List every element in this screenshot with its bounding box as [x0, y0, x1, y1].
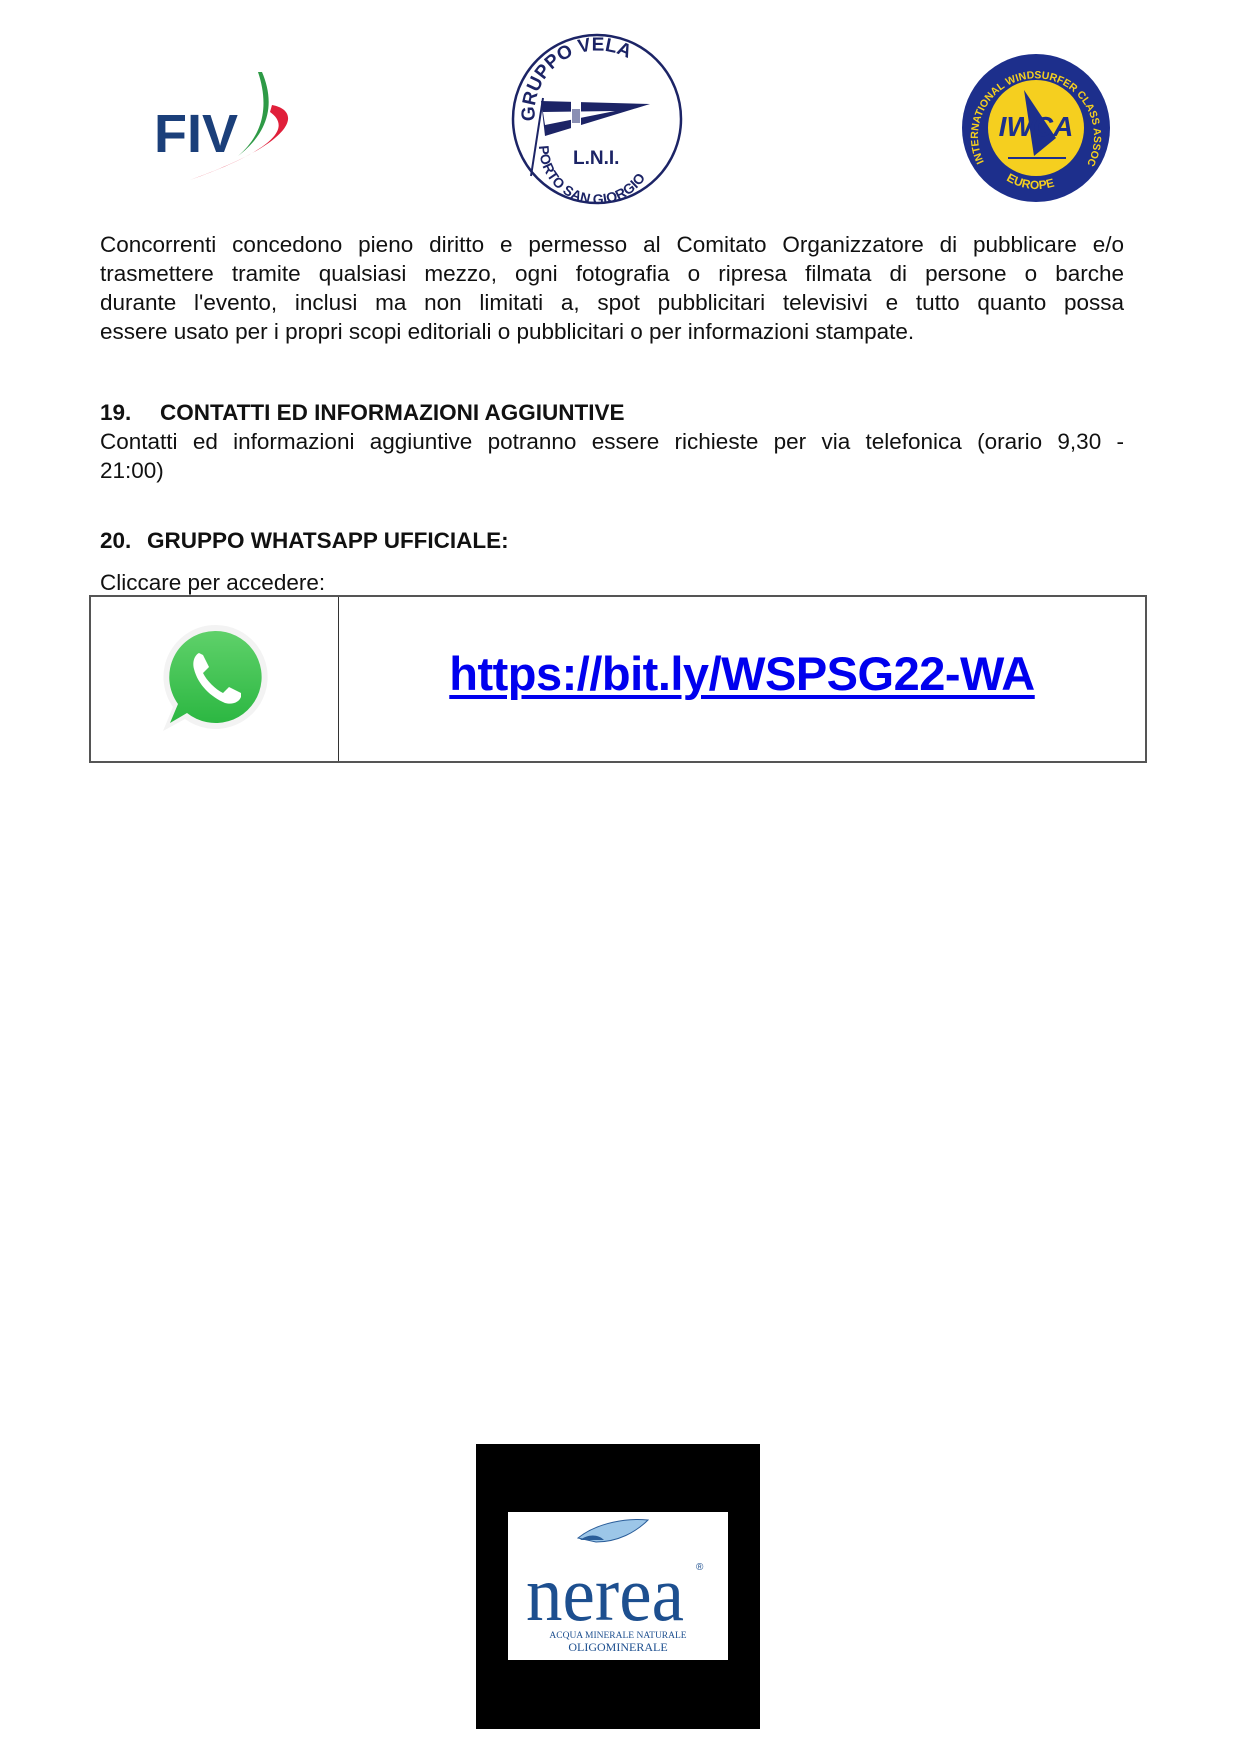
whatsapp-table: https://bit.ly/WSPSG22-WA: [89, 595, 1147, 763]
svg-text:®: ®: [696, 1562, 704, 1573]
paragraph-line: Contatti ed informazioni aggiuntive potr…: [100, 427, 1124, 456]
section-number: 20.: [100, 526, 147, 555]
svg-text:L.N.I.: L.N.I.: [573, 148, 619, 169]
contacts-paragraph: Contatti ed informazioni aggiuntive potr…: [100, 427, 1124, 485]
paragraph-line: essere usato per i propri scopi editoria…: [100, 317, 1124, 346]
paragraph-line: trasmettere tramite qualsiasi mezzo, ogn…: [100, 259, 1124, 288]
paragraph-line: 21:00): [100, 456, 1124, 485]
section-number: 19.: [100, 398, 160, 427]
whatsapp-group-link[interactable]: https://bit.ly/WSPSG22-WA: [449, 646, 1034, 701]
svg-text:IWCA: IWCA: [999, 111, 1074, 142]
svg-text:OLIGOMINERALE: OLIGOMINERALE: [568, 1640, 667, 1654]
iwca-logo: INTERNATIONAL WINDSURFER CLASS ASSOCIATI…: [960, 52, 1112, 204]
nerea-logo-panel: nerea ® ACQUA MINERALE NATURALE OLIGOMIN…: [508, 1512, 728, 1660]
paragraph-line: durante l'evento, inclusi ma non limitat…: [100, 288, 1124, 317]
paragraph-line: Concorrenti concedono pieno diritto e pe…: [100, 230, 1124, 259]
fiv-logo: FIV: [150, 60, 310, 190]
svg-text:nerea: nerea: [526, 1550, 684, 1637]
section-20-heading: 20.GRUPPO WHATSAPP UFFICIALE:: [100, 526, 509, 555]
section-title: CONTATTI ED INFORMAZIONI AGGIUNTIVE: [160, 400, 625, 425]
whatsapp-link-cell: https://bit.ly/WSPSG22-WA: [339, 597, 1145, 761]
whatsapp-icon[interactable]: [155, 619, 275, 739]
nerea-sponsor-logo: nerea ® ACQUA MINERALE NATURALE OLIGOMIN…: [476, 1444, 760, 1729]
section-19-heading: 19.CONTATTI ED INFORMAZIONI AGGIUNTIVE: [100, 398, 625, 427]
section-title: GRUPPO WHATSAPP UFFICIALE:: [147, 528, 509, 553]
whatsapp-icon-cell: [91, 597, 339, 761]
gruppo-vela-logo: GRUPPO VELA L.N.I. PORTO SAN GIORGIO: [505, 26, 685, 211]
click-instruction: Cliccare per accedere:: [100, 568, 325, 597]
rights-paragraph: Concorrenti concedono pieno diritto e pe…: [100, 230, 1124, 346]
fiv-logo-text: FIV: [154, 104, 238, 164]
